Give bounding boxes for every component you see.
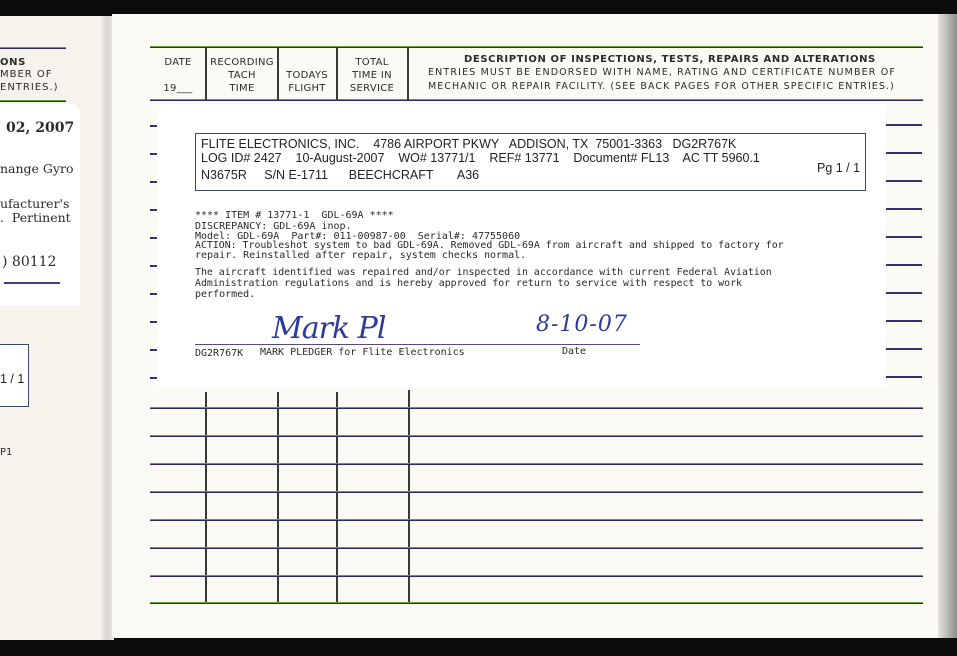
row-rule-stub <box>886 152 922 154</box>
handwritten-date: 8-10-07 <box>536 312 628 337</box>
signer-name: MARK PLEDGER for Flite Electronics <box>260 347 465 358</box>
left-header-fragment-2: MBER OF <box>0 68 53 82</box>
column-divider <box>407 47 409 101</box>
column-divider <box>205 47 207 101</box>
row-rule-stub <box>886 208 922 210</box>
row-rule-stub <box>886 292 922 294</box>
table-row-rule <box>150 407 923 409</box>
column-header-todays-flight: TODAYS FLIGHT <box>278 69 336 95</box>
row-rule-stub <box>886 236 922 238</box>
certificate-number: DG2R767K <box>195 348 243 359</box>
column-header-tach-time: RECORDING TACH TIME <box>207 56 277 95</box>
column-header-date: DATE 19___ <box>150 56 206 95</box>
left-header-rule-bottom <box>0 100 66 102</box>
left-card-line: ) 80112 <box>2 254 56 270</box>
column-divider <box>205 392 207 604</box>
description-instruction-1: ENTRIES MUST BE ENDORSED WITH NAME, RATI… <box>428 66 896 80</box>
binding-bottom-strip <box>0 636 957 656</box>
table-row-rule <box>150 547 923 549</box>
item-line: **** ITEM # 13771-1 GDL-69A **** <box>195 210 394 221</box>
shop-header-line-3: N3675R S/N E-1711 BEECHCRAFT A36 <box>201 168 479 182</box>
left-footer-fragment: P1 <box>0 447 12 458</box>
table-row-rule <box>150 463 923 465</box>
column-divider <box>408 390 410 604</box>
left-card-line: . Pertinent <box>0 210 71 225</box>
header-rule-top <box>150 46 923 48</box>
certification-line-1: The aircraft identified was repaired and… <box>195 267 772 278</box>
date-label: Date <box>562 346 586 357</box>
description-instruction-2: MECHANIC OR REPAIR FACILITY. (SEE BACK P… <box>428 80 895 94</box>
table-row-rule <box>150 519 923 521</box>
left-header-fragment-3: ENTRIES.) <box>0 81 59 95</box>
table-row-rule <box>150 491 923 493</box>
row-rule-stub <box>886 348 922 350</box>
table-row-rule <box>150 602 923 604</box>
left-page-number: 1 / 1 <box>0 372 24 386</box>
handwritten-signature: Mark Pl <box>272 311 385 346</box>
action-line-2: repair. Reinstalled after repair, system… <box>195 250 526 261</box>
row-rule-stub <box>886 180 922 182</box>
shop-header-line-2: LOG ID# 2427 10-August-2007 WO# 13771/1 … <box>201 151 760 165</box>
left-header-fragment-1: ONS <box>0 57 26 68</box>
shop-header-line-1: FLITE ELECTRONICS, INC. 4786 AIRPORT PKW… <box>201 137 736 151</box>
description-title: DESCRIPTION OF INSPECTIONS, TESTS, REPAI… <box>464 54 876 65</box>
row-rule-stub <box>886 320 922 322</box>
left-header-rule-top <box>0 47 66 49</box>
signature-rule <box>195 344 640 345</box>
table-row-rule <box>150 575 923 577</box>
row-rule-stub <box>886 264 922 266</box>
left-card-signature-rule <box>4 282 60 284</box>
left-card-line: nange Gyro <box>0 161 73 176</box>
page-right-edge <box>938 14 957 638</box>
left-card-line: ufacturer's <box>0 196 69 211</box>
row-rule-stub <box>886 376 922 378</box>
left-card-date: 02, 2007 <box>6 120 74 136</box>
column-divider <box>277 47 279 101</box>
certification-line-3: performed. <box>195 289 255 300</box>
column-divider <box>336 47 338 101</box>
column-header-total-time: TOTAL TIME IN SERVICE <box>337 56 407 95</box>
table-row-rule <box>150 435 923 437</box>
column-divider <box>336 392 338 604</box>
row-rule-stub <box>886 124 922 126</box>
certification-line-2: Administration regulations and is hereby… <box>195 278 742 289</box>
column-divider <box>277 392 279 604</box>
page-number: Pg 1 / 1 <box>817 161 860 175</box>
header-rule-bottom <box>150 99 923 101</box>
